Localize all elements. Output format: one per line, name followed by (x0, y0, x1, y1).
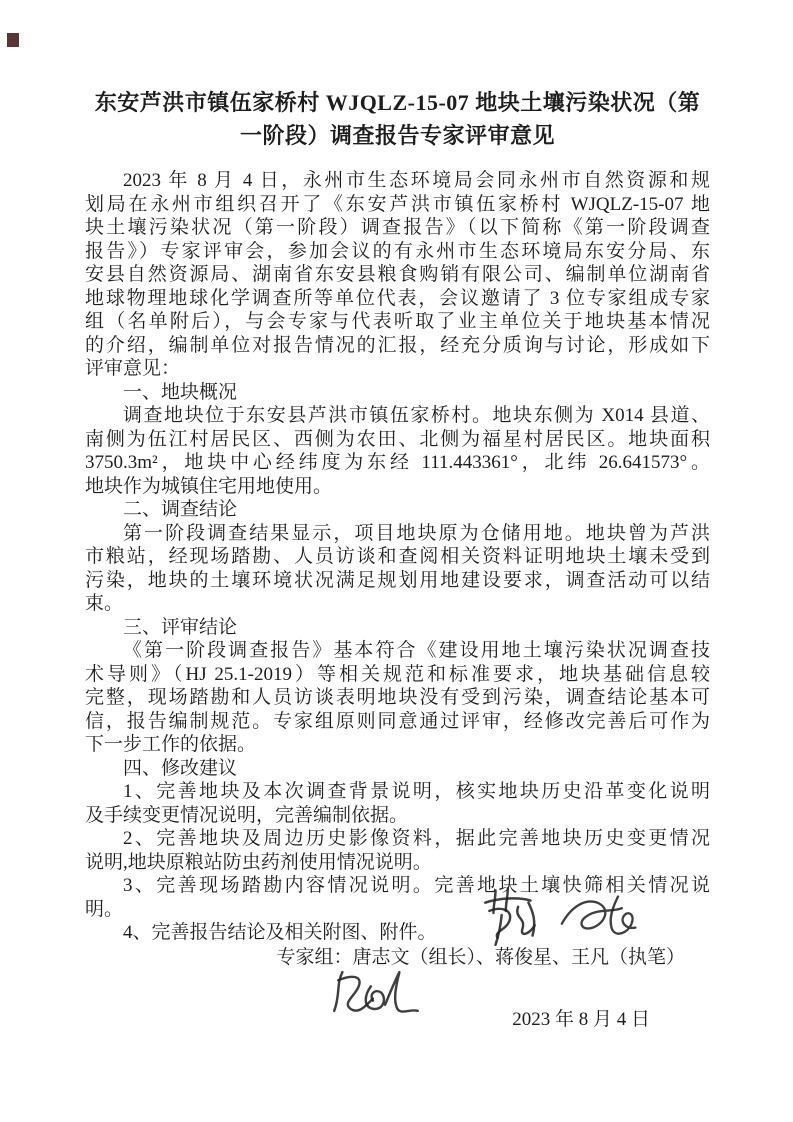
section-heading: 二、调查结论 (85, 498, 710, 522)
signature-jiang-junxing (477, 884, 549, 946)
title-line: 一阶段）调查报告专家评审意见 (85, 119, 710, 152)
doc-line: 污染，地块的土壤环境状况满足规划用地建设要求，调查活动可以结 (85, 569, 710, 593)
doc-line: 安县自然资源局、湖南省东安县粮食购销有限公司、编制单位湖南省 (85, 263, 710, 287)
doc-line: 划局在永州市组织召开了《东安芦洪市镇伍家桥村 WJQLZ-15-07 地 (85, 193, 710, 217)
doc-line: 地块作为城镇住宅用地使用。 (85, 475, 710, 499)
doc-line: 完整，现场踏勘和人员访谈表明地块没有受到污染，调查结论基本可 (85, 686, 710, 710)
doc-line: 束。 (85, 592, 710, 616)
document-text: 2023 年 8 月 4 日，永州市生态环境局会同永州市自然资源和规划局在永州市… (85, 169, 710, 945)
doc-line: 说明,地块原粮站防虫药剂使用情况说明。 (85, 851, 710, 875)
signature-wang-fan (556, 890, 648, 940)
doc-line: 1、完善地块及本次调查背景说明，核实地块历史沿革变化说明 (85, 780, 710, 804)
doc-line: 地球物理地球化学调查所等单位代表，会议邀请了 3 位专家组成专家 (85, 287, 710, 311)
doc-line: 2、完善地块及周边历史影像资料，据此完善地块历史变更情况 (85, 827, 710, 851)
doc-line: 第一阶段调查结果显示，项目地块原为仓储用地。地块曾为芦洪 (85, 522, 710, 546)
doc-line: 及手续变更情况说明，完善编制依据。 (85, 804, 710, 828)
doc-line: 2023 年 8 月 4 日，永州市生态环境局会同永州市自然资源和规 (85, 169, 710, 193)
section-heading: 三、评审结论 (85, 616, 710, 640)
document-body: 东安芦洪市镇伍家桥村 WJQLZ-15-07 地块土壤污染状况（第一阶段）调查报… (85, 86, 710, 1031)
doc-line: 信，报告编制规范。专家组原则同意通过评审，经修改完善后可作为 (85, 710, 710, 734)
doc-line: 南侧为伍江村居民区、西侧为农田、北侧为福星村居民区。地块面积 (85, 428, 710, 452)
section-heading: 一、地块概况 (85, 381, 710, 405)
doc-line: 《第一阶段调查报告》基本符合《建设用地土壤污染状况调查技 (85, 639, 710, 663)
document-title: 东安芦洪市镇伍家桥村 WJQLZ-15-07 地块土壤污染状况（第一阶段）调查报… (85, 86, 710, 152)
doc-line: 3750.3m²，地块中心经纬度为东经 111.443361°，北纬 26.64… (85, 451, 710, 475)
doc-line: 评审意见： (85, 357, 710, 381)
document-page: 东安芦洪市镇伍家桥村 WJQLZ-15-07 地块土壤污染状况（第一阶段）调查报… (0, 0, 793, 1122)
title-line: 东安芦洪市镇伍家桥村 WJQLZ-15-07 地块土壤污染状况（第 (85, 86, 710, 119)
doc-line: 组（名单附后），与会专家与代表听取了业主单位关于地块基本情况 (85, 310, 710, 334)
doc-line: 调查地块位于东安县芦洪市镇伍家桥村。地块东侧为 X014 县道、 (85, 404, 710, 428)
doc-line: 的介绍，编制单位对报告情况的汇报，经充分质询与讨论，形成如下 (85, 334, 710, 358)
signature-tang-zhiwen (332, 964, 424, 1020)
doc-line: 报告》）专家评审会，参加会议的有永州市生态环境局东安分局、东 (85, 240, 710, 264)
scan-artifact-mark (7, 33, 19, 47)
doc-line: 块土壤污染状况（第一阶段）调查报告》（以下简称《第一阶段调查 (85, 216, 710, 240)
section-heading: 四、修改建议 (85, 757, 710, 781)
doc-line: 市粮站，经现场踏勘、人员访谈和查阅相关资料证明地块土壤未受到 (85, 545, 710, 569)
doc-line: 下一步工作的依据。 (85, 733, 710, 757)
doc-line: 术导则》（HJ 25.1-2019）等相关规范和标准要求，地块基础信息较 (85, 663, 710, 687)
